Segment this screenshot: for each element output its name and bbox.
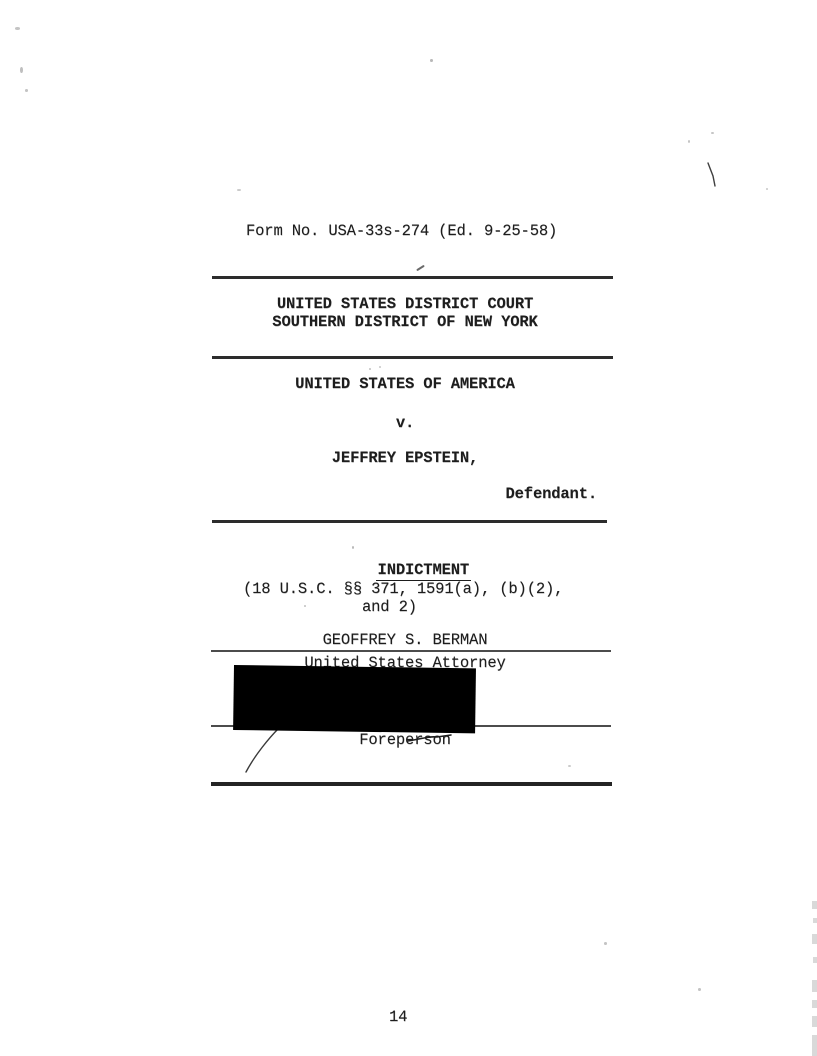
scan-tick-mark — [416, 265, 425, 271]
scanned-indictment-page: Form No. USA-33s-274 (Ed. 9-25-58) UNITE… — [0, 0, 817, 1056]
scan-edge-noise — [812, 1000, 817, 1008]
court-name: UNITED STATES DISTRICT COURT — [204, 295, 606, 313]
scan-speck — [766, 188, 768, 190]
scan-speck — [352, 546, 354, 549]
scan-speck — [430, 59, 433, 62]
scan-speck — [15, 27, 20, 30]
scan-edge-noise — [813, 918, 817, 923]
scan-speck — [711, 132, 714, 134]
scan-speck — [237, 189, 241, 191]
scan-speck — [304, 605, 306, 607]
stray-pen-mark — [704, 160, 720, 190]
court-district: SOUTHERN DISTRICT OF NEW YORK — [204, 313, 606, 331]
page-number: 14 — [389, 1008, 407, 1026]
foreperson-label: Foreperson — [204, 731, 606, 749]
horizontal-rule-2 — [212, 356, 613, 359]
plaintiff-name: UNITED STATES OF AMERICA — [204, 375, 606, 393]
horizontal-rule-1 — [212, 276, 613, 279]
scan-edge-noise — [812, 1035, 817, 1056]
redaction-box — [233, 665, 476, 733]
scan-edge-noise — [812, 980, 817, 992]
defendant-label: Defendant. — [505, 485, 597, 503]
scan-edge-noise — [812, 901, 817, 909]
scan-speck — [698, 988, 701, 991]
scan-edge-noise — [812, 934, 817, 944]
scan-speck — [604, 942, 607, 945]
scan-edge-noise — [813, 957, 817, 963]
statute-citation-line2: and 2) — [362, 598, 417, 616]
signature-stroke — [406, 732, 454, 744]
defendant-name: JEFFREY EPSTEIN, — [204, 449, 606, 467]
scan-speck — [25, 89, 28, 92]
attorney-name: GEOFFREY S. BERMAN — [204, 631, 606, 649]
form-number: Form No. USA-33s-274 (Ed. 9-25-58) — [246, 222, 557, 240]
scan-speck — [369, 368, 371, 370]
scan-speck — [688, 140, 690, 143]
indictment-title-text: INDICTMENT — [376, 561, 472, 581]
scan-edge-noise — [812, 1016, 817, 1027]
horizontal-rule-4 — [211, 650, 611, 652]
scan-speck — [568, 765, 571, 767]
scan-speck — [20, 67, 23, 73]
scan-speck — [379, 366, 381, 368]
horizontal-rule-3 — [212, 520, 607, 523]
statute-citation-line1: (18 U.S.C. §§ 371, 1591(a), (b)(2), — [243, 580, 563, 598]
horizontal-rule-6 — [211, 782, 612, 786]
versus-label: v. — [204, 414, 606, 432]
